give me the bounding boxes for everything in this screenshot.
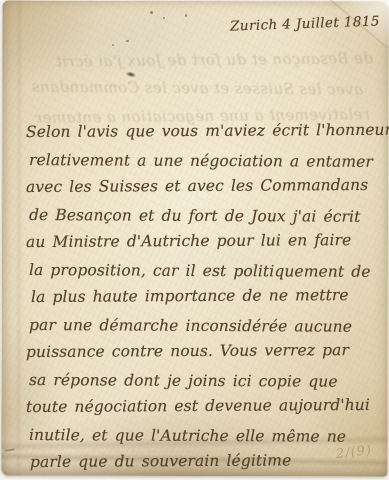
letter-line: Selon l'avis que vous m'aviez écrit l'ho… xyxy=(26,117,375,147)
letter-line: toute négociation est devenue aujourd'hu… xyxy=(26,392,375,422)
letter-line: parle que du souverain légitime xyxy=(30,447,375,477)
ink-speck xyxy=(185,14,187,17)
letter-line: au Ministre d'Autriche pour lui en faire xyxy=(26,227,375,257)
ink-speck xyxy=(112,44,114,46)
paper-crease xyxy=(14,1,23,476)
bleedthrough-line: avec les Suisses et avec les Commandans xyxy=(24,73,363,104)
letter-body: Selon l'avis que vous m'aviez écrit l'ho… xyxy=(26,119,375,477)
ink-speck xyxy=(150,11,153,14)
letter-photograph: de Besançon et du fort de Joux j'ai écri… xyxy=(0,0,389,480)
bleedthrough-line: de Besançon et du fort de Joux j'ai écri… xyxy=(24,46,373,76)
letter-line: la plus haute importance de ne mettre xyxy=(31,282,375,312)
letter-line: puissance contre nous. Vous verrez par xyxy=(26,337,375,367)
ink-speck xyxy=(163,17,165,19)
letter-line: avec les Suisses et avec les Commandans xyxy=(26,172,375,202)
ink-speck xyxy=(126,40,129,42)
